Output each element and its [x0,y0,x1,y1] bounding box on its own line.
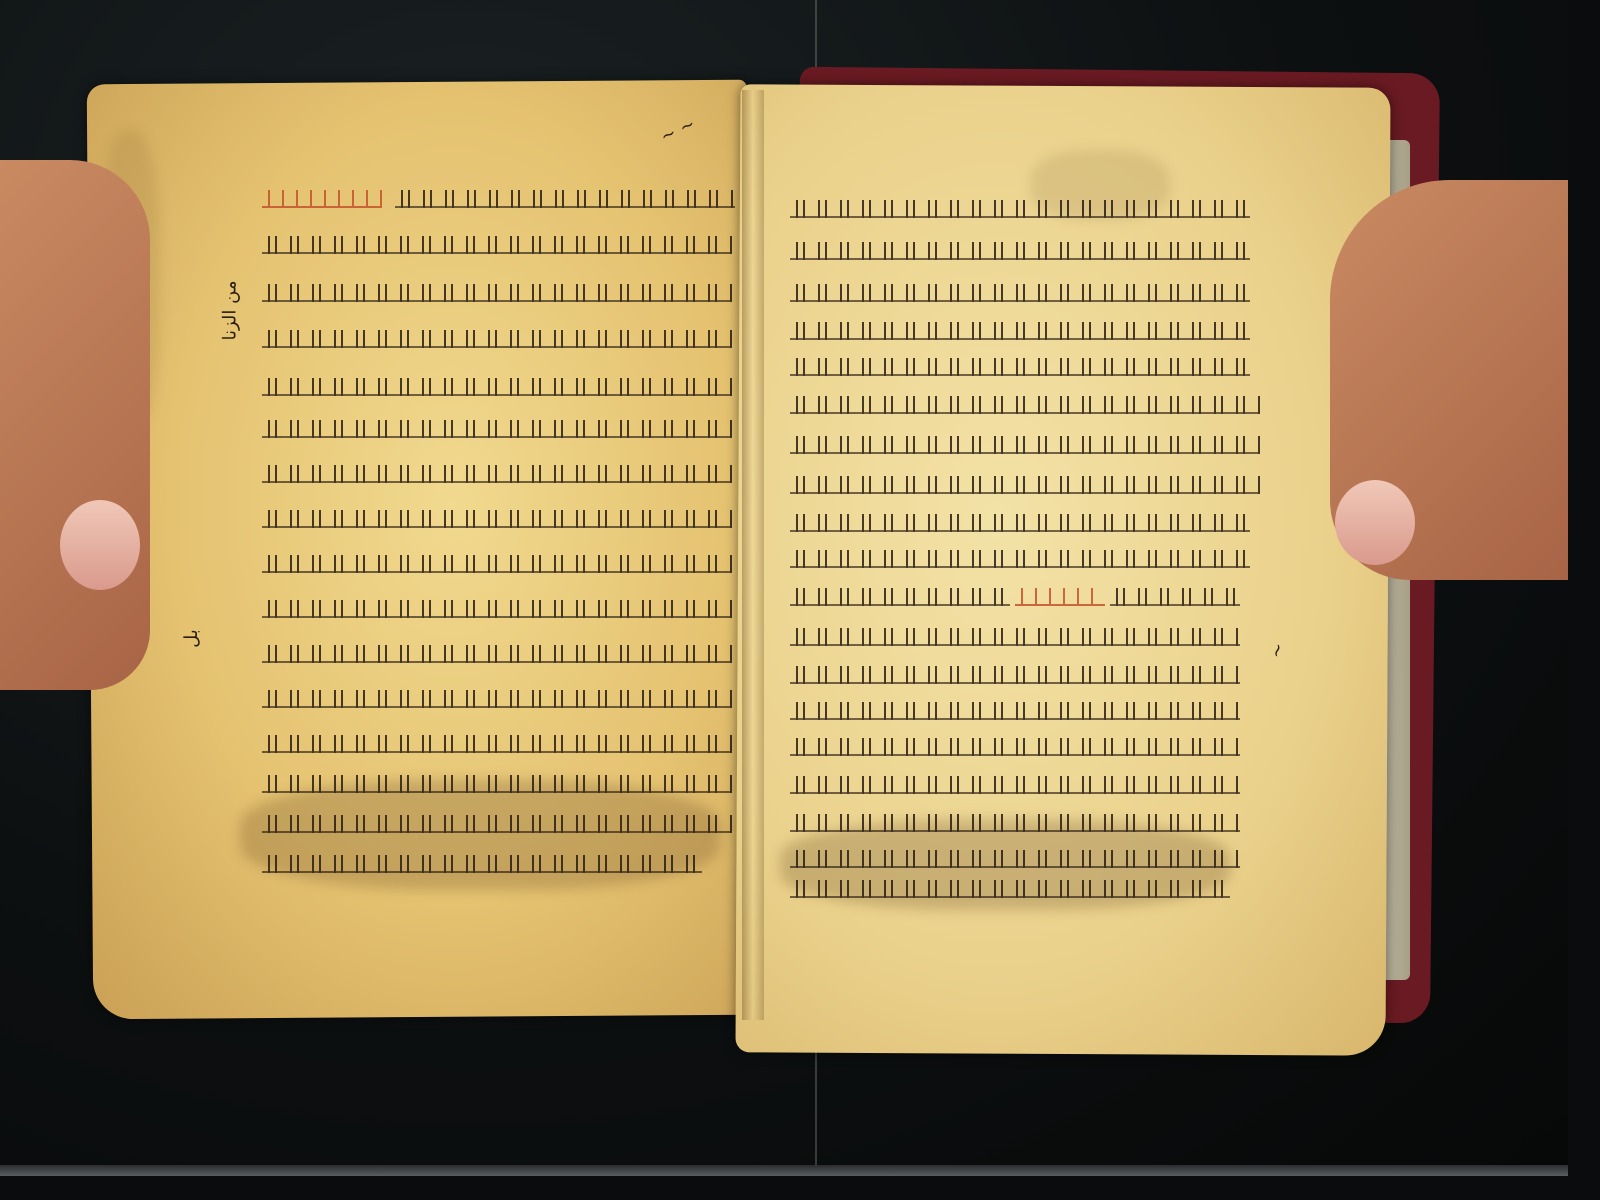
water-stain [240,780,720,890]
text-line [262,420,732,438]
text-line [262,690,732,708]
text-line [262,465,732,483]
text-line [790,200,1250,218]
text-line [790,550,1250,568]
rubric-line [1015,588,1105,606]
text-line [790,776,1240,794]
text-line [790,738,1240,756]
text-line [262,330,732,348]
margin-note: بل [181,629,202,648]
text-line [262,236,732,254]
text-line [790,322,1250,340]
text-line [262,378,732,396]
text-line [790,880,1230,898]
text-line [262,555,732,573]
text-line [790,242,1250,260]
text-line [790,358,1250,376]
text-line [262,645,732,663]
text-line [262,510,732,528]
rubric-line [262,190,382,208]
text-line [262,284,732,302]
text-line [790,628,1240,646]
text-line [790,284,1250,302]
text-line [262,775,732,793]
text-line [1110,588,1240,606]
text-line [790,588,1010,606]
right-page [735,84,1390,1055]
text-line [790,436,1260,454]
book-gutter [742,90,764,1020]
text-line [790,814,1240,832]
text-line [790,476,1260,494]
right-thumbnail [1335,480,1415,565]
text-line [790,850,1240,868]
text-line [262,815,732,833]
text-line [790,396,1260,414]
text-line [790,514,1250,532]
text-line [262,855,702,873]
text-line [262,600,732,618]
margin-note: من الزنا [219,281,240,341]
left-thumb [0,160,150,690]
text-line [395,190,735,208]
text-line [790,666,1240,684]
table-edge [0,1165,1568,1176]
text-line [262,735,732,753]
left-thumbnail [60,500,140,590]
text-line [790,702,1240,720]
